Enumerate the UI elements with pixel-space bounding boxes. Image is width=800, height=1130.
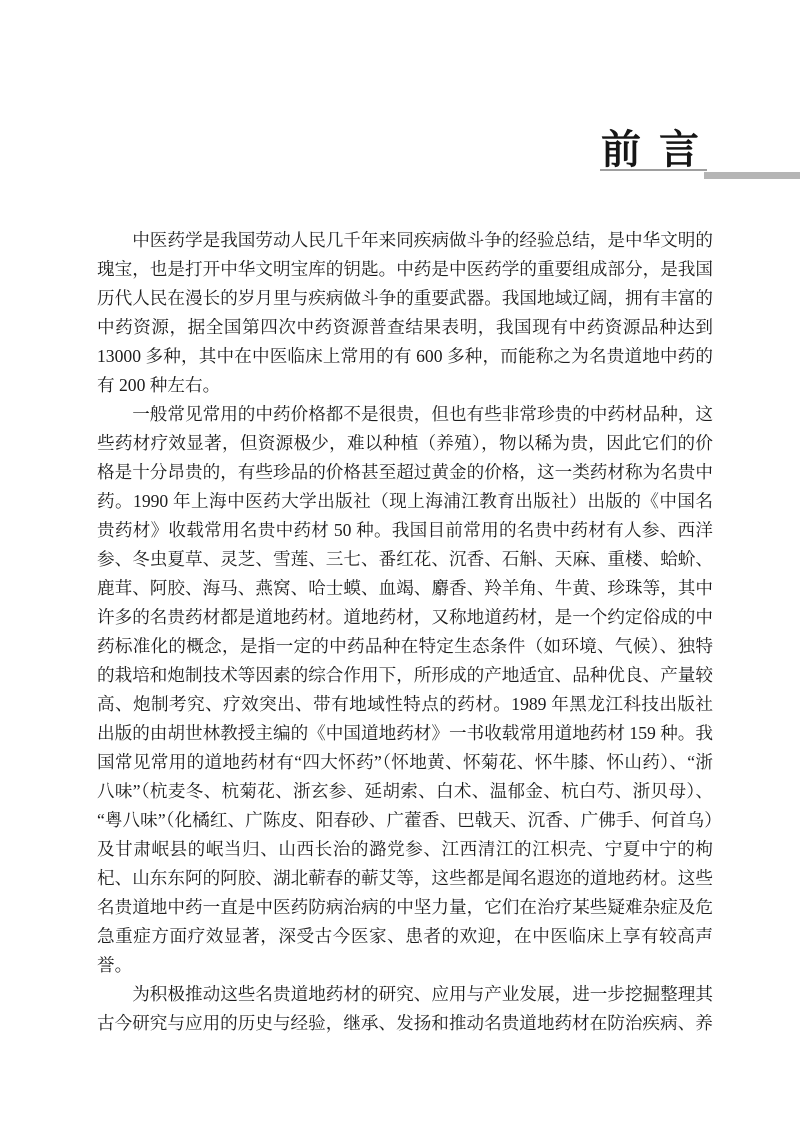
title-underline — [600, 169, 707, 171]
page-header: 前 言 — [0, 0, 800, 200]
paragraph-intro: 中医药学是我国劳动人民几千年来同疾病做斗争的经验总结，是中华文明的瑰宝，也是打开… — [97, 226, 713, 400]
preface-page: 前 言 中医药学是我国劳动人民几千年来同疾病做斗争的经验总结，是中华文明的瑰宝，… — [0, 0, 800, 1130]
title-accent-bar — [704, 172, 800, 179]
paragraph-famous-daodi-materia-medica: 一般常见常用的中药价格都不是很贵，但也有些非常珍贵的中药材品种，这些药材疗效显著… — [97, 400, 713, 980]
page-title: 前 言 — [601, 130, 700, 170]
paragraph-purpose: 为积极推动这些名贵道地药材的研究、应用与产业发展，进一步挖掘整理其古今研究与应用… — [97, 980, 713, 1038]
document-body: 中医药学是我国劳动人民几千年来同疾病做斗争的经验总结，是中华文明的瑰宝，也是打开… — [97, 226, 713, 1038]
